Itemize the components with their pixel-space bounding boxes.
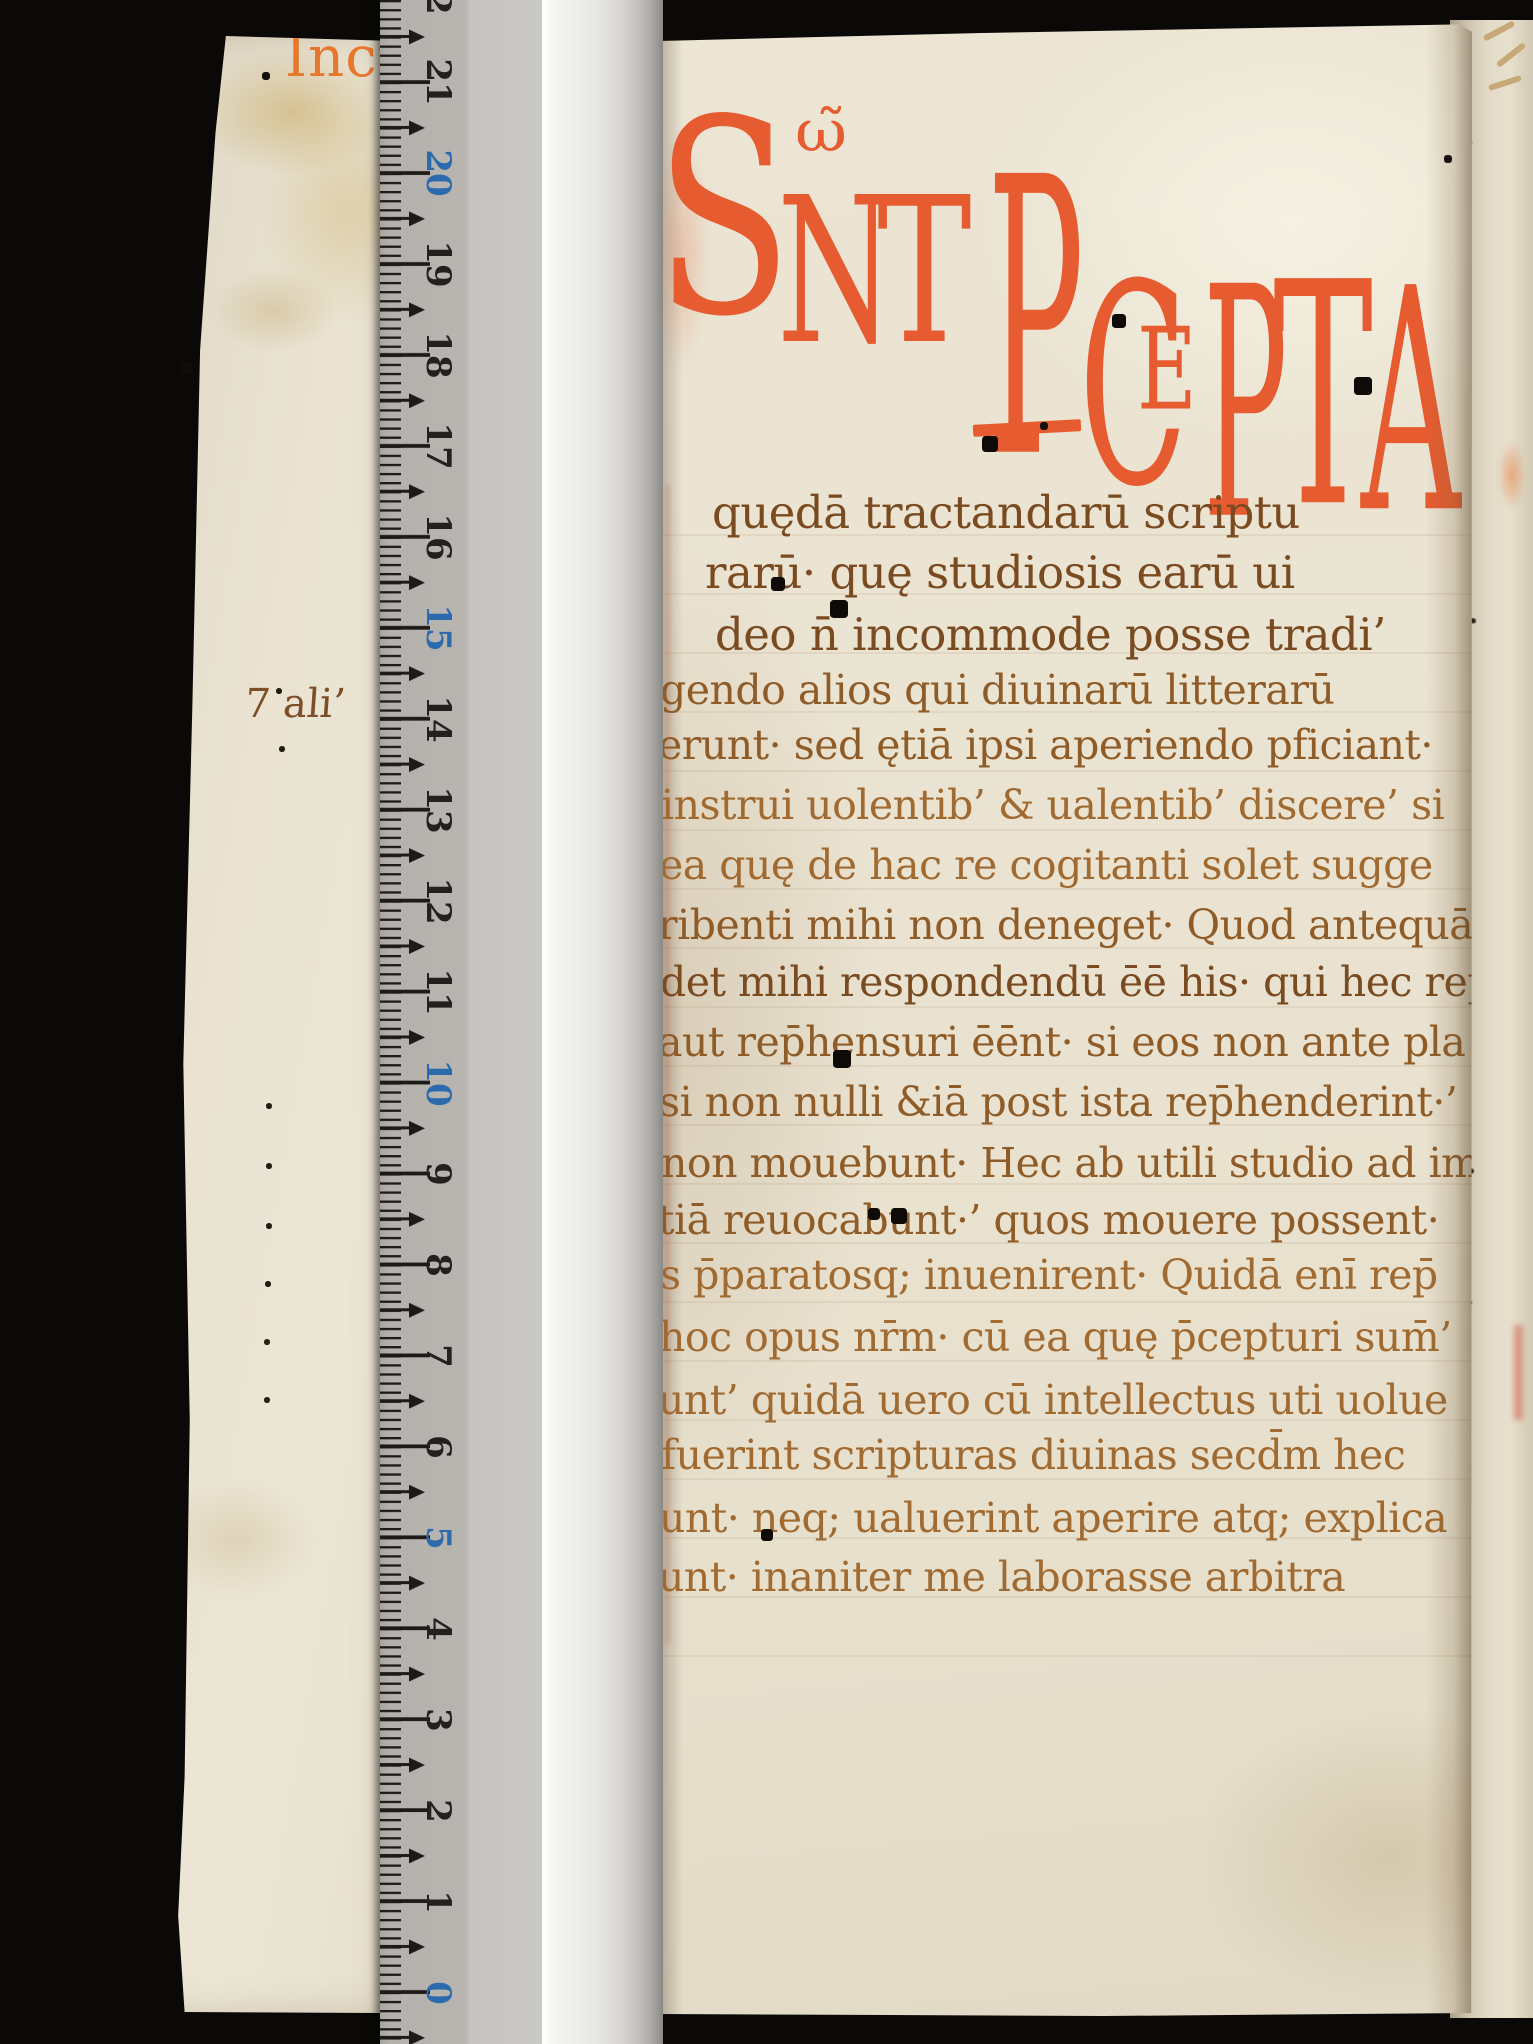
text-line: aut rep̄hensuri ēēnt· si eos non ante pl… <box>658 1022 1465 1063</box>
text-line: s p̄paratosq; inuenirent· Quidā enī rep̄ <box>660 1255 1438 1296</box>
ruler-number-8: 8 <box>416 1243 460 1287</box>
ruler-number-10: 10 <box>416 1061 460 1105</box>
ruler-number-14: 14 <box>416 697 460 741</box>
ink-smudge <box>1498 440 1526 510</box>
ruler-number-1: 1 <box>416 1880 460 1924</box>
ruler-number-5: 5 <box>416 1516 460 1560</box>
right-page: S N T ω̃ P C E P T A quędā tractandarū s… <box>655 22 1472 2018</box>
ruler-number-16: 16 <box>416 515 460 559</box>
text-line: ribenti mihi non deneget· Quod antequā <box>658 905 1473 946</box>
ruler-number-7: 7 <box>416 1334 460 1378</box>
text-line: det mihi respondendū ēē his· qui hec rep… <box>660 962 1493 1003</box>
title-letter-a: A <box>1361 250 1461 558</box>
red-ink-bleed <box>1514 1325 1523 1420</box>
ruler-number-2: 2 <box>416 1789 460 1833</box>
ruler-number-20: 20 <box>416 151 460 195</box>
title-letter-e: E <box>1137 314 1197 427</box>
ruler-number-9: 9 <box>416 1152 460 1196</box>
ruler-number-0: 0 <box>416 1971 460 2015</box>
ruler-number-21: 21 <box>416 60 460 104</box>
ruler-number-11: 11 <box>416 970 460 1014</box>
title-letter-p1: P <box>987 130 1084 513</box>
title-abbreviation-mark: ω̃ <box>795 102 847 160</box>
text-line: tiā reuocabunt·’ quos mouere possent· <box>658 1200 1439 1241</box>
text-line: rarū· quę studiosis earū ui <box>705 550 1295 595</box>
ruler-number-3: 3 <box>416 1698 460 1742</box>
text-line: gendo alios qui diuinarū litterarū <box>660 670 1334 711</box>
text-line: hoc opus nr̄m· cū ea quę p̄cepturi sum̄’ <box>659 1317 1452 1358</box>
title-initial-s: S <box>655 84 792 353</box>
paper-roll <box>542 0 663 2044</box>
text-line: fuerint scripturas diuinas secd̄m hec <box>661 1435 1405 1476</box>
text-line: quędā tractandarū scriptu <box>712 490 1300 535</box>
text-line: ea quę de hac re cogitanti solet sugge <box>659 845 1433 886</box>
text-line: unt· inaniter me laborasse arbitra <box>658 1557 1345 1598</box>
left-page: Inci 7 ali’ <box>133 33 391 2015</box>
text-line: non mouebunt· Hec ab utili studio ad im <box>661 1143 1480 1184</box>
text-line: unt’ quidā uero cū intellectus uti uolue <box>658 1380 1448 1421</box>
ruler-number-19: 19 <box>416 242 460 286</box>
ruler-number-6: 6 <box>416 1425 460 1469</box>
text-line: erunt· sed ętiā ipsi aperiendo pficiant· <box>658 725 1433 766</box>
ruler-number-18: 18 <box>416 333 460 377</box>
ruler-number-4: 4 <box>416 1607 460 1651</box>
manuscript-photo: Inci 7 ali’ S N T ω̃ P C E P T A quędā t… <box>0 0 1533 2044</box>
ruler-number-13: 13 <box>416 788 460 832</box>
text-line: deo n̄ incommode posse tradi’ <box>715 612 1386 657</box>
left-page-marginal-note: 7 ali’ <box>243 681 347 727</box>
ruler: 0 1 2 3 4 5 6 7 8 9 10 11 12 13 14 15 16… <box>380 0 542 2044</box>
text-line: instrui uolentib’ & ualentib’ discere’ s… <box>661 785 1444 826</box>
title-letter-t: T <box>877 172 972 374</box>
ruler-number-15: 15 <box>416 606 460 650</box>
text-line: si non nulli &iā post ista rep̄henderint… <box>659 1082 1457 1123</box>
wormholes-and-prickings <box>0 0 2 2</box>
ruler-number-12: 12 <box>416 879 460 923</box>
ruler-number-22: 22 <box>416 0 460 13</box>
text-line: unt· neq; ualuerint aperire atq; explica <box>659 1498 1447 1539</box>
ruler-number-17: 17 <box>416 424 460 468</box>
